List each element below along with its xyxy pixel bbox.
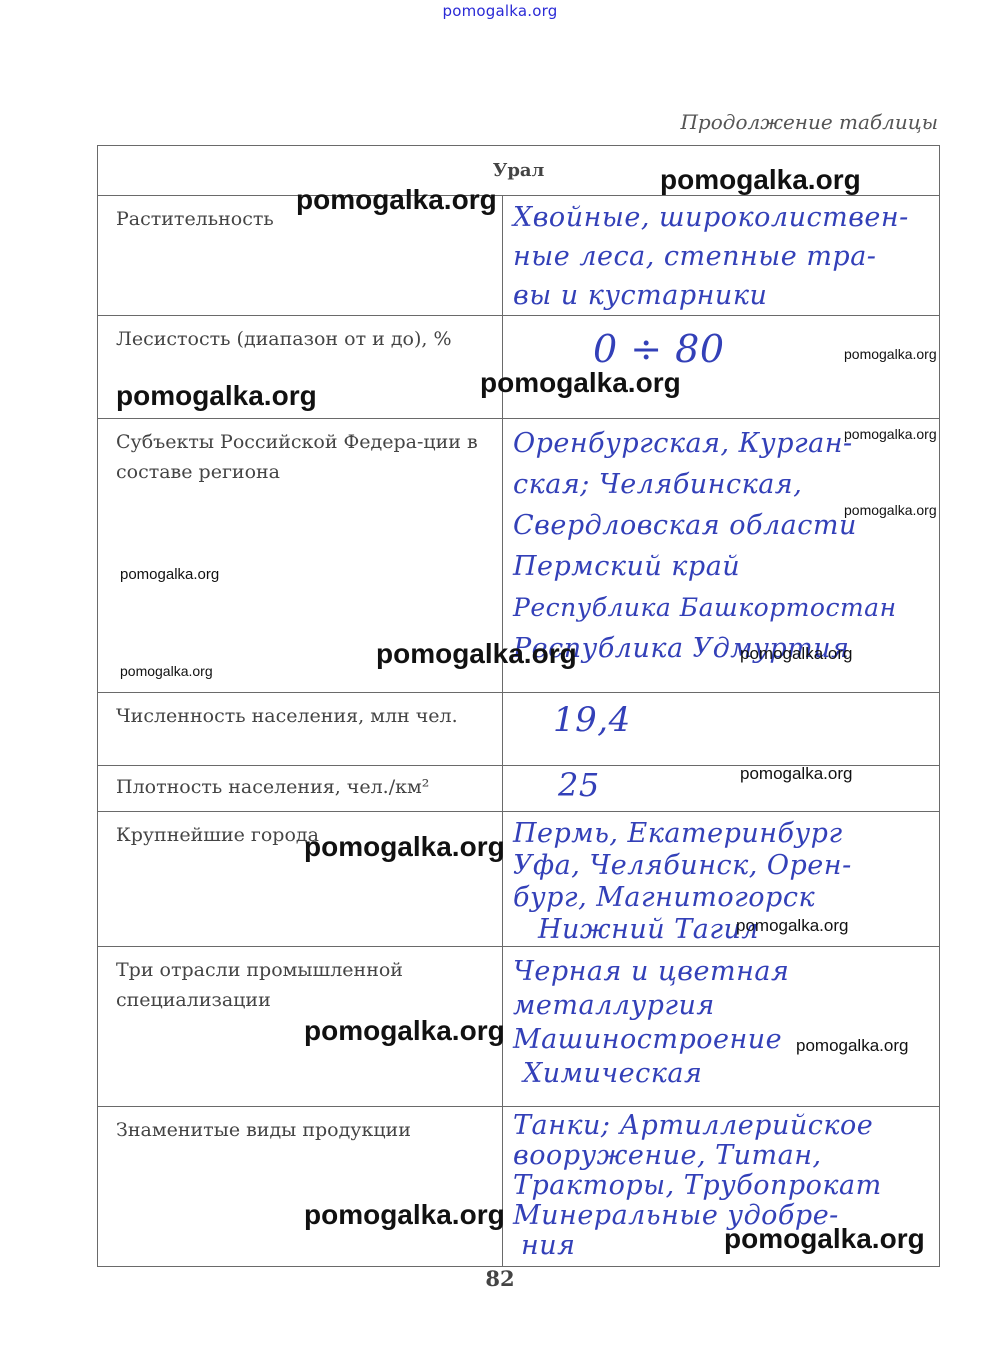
answer-line: Черная и цветная [513,955,931,989]
watermark: pomogalka.org [120,566,219,583]
table-row: Численность населения, млн чел. 19,4 [98,693,940,766]
answer-density: 25 [503,766,939,805]
row-label-density: Плотность населения, чел./км² [98,766,502,802]
row-label-forest-cover: Лесистость (диапазон от и до), % [98,316,502,354]
watermark: pomogalka.org [120,663,213,679]
answer-line: Нижний Тагил [513,914,931,946]
watermark: pomogalka.org [844,426,937,442]
answer-population: 19,4 [503,693,939,740]
answer-line: вооружение, Титан, [513,1141,931,1171]
row-label-famous-products: Знаменитые виды продукции [98,1107,502,1145]
answer-industries: Черная и цветная металлургия Машинострое… [503,947,939,1091]
answer-line: ные леса, степные тра- [513,237,931,276]
watermark: pomogalka.org [480,367,681,399]
site-header-link[interactable]: pomogalka.org [0,2,1000,20]
answer-line: ская; Челябинская, [513,464,931,505]
answer-line: металлургия [513,989,931,1023]
answer-line: Хвойные, широколиствен- [513,198,931,237]
watermark: pomogalka.org [844,502,937,518]
watermark: pomogalka.org [724,1223,925,1255]
table-row: Растительность Хвойные, широколиствен- н… [98,196,940,316]
answer-vegetation: Хвойные, широколиствен- ные леса, степны… [503,196,939,315]
table-continuation-caption: Продолжение таблицы [680,110,938,134]
watermark: pomogalka.org [304,1015,505,1047]
watermark: pomogalka.org [740,764,852,784]
answer-line: 19,4 [553,701,931,740]
answer-line: Республика Башкортостан [513,587,931,628]
row-label-federal-subjects: Субъекты Российской Федера-ции в составе… [98,419,502,487]
watermark: pomogalka.org [844,346,937,362]
answer-line: Тракторы, Трубопрокат [513,1171,931,1201]
answer-line: Пермь, Екатеринбург [513,818,931,850]
table-row: Три отрасли промышленной специализации Ч… [98,947,940,1107]
watermark: pomogalka.org [740,644,852,664]
answer-line: Танки; Артиллерийское [513,1111,931,1141]
answer-line: Химическая [513,1057,931,1091]
watermark: pomogalka.org [304,831,505,863]
row-label-population: Численность населения, млн чел. [98,693,502,731]
answer-largest-cities: Пермь, Екатеринбург Уфа, Челябинск, Орен… [503,812,939,946]
watermark: pomogalka.org [376,638,577,670]
answer-line: Пермский край [513,546,931,587]
page-number: 82 [0,1266,1000,1291]
watermark: pomogalka.org [116,380,317,412]
watermark: pomogalka.org [304,1199,505,1231]
region-table: Урал Растительность Хвойные, широколиств… [97,145,940,1267]
watermark: pomogalka.org [660,164,861,196]
answer-federal-subjects: Оренбургская, Курган- ская; Челябинская,… [503,419,939,669]
answer-line: вы и кустарники [513,276,931,315]
watermark: pomogalka.org [796,1036,908,1056]
watermark: pomogalka.org [736,916,848,936]
answer-line: Уфа, Челябинск, Орен- [513,850,931,882]
answer-line: бург, Магнитогорск [513,882,931,914]
watermark: pomogalka.org [296,184,497,216]
row-label-industries: Три отрасли промышленной специализации [98,947,502,1015]
